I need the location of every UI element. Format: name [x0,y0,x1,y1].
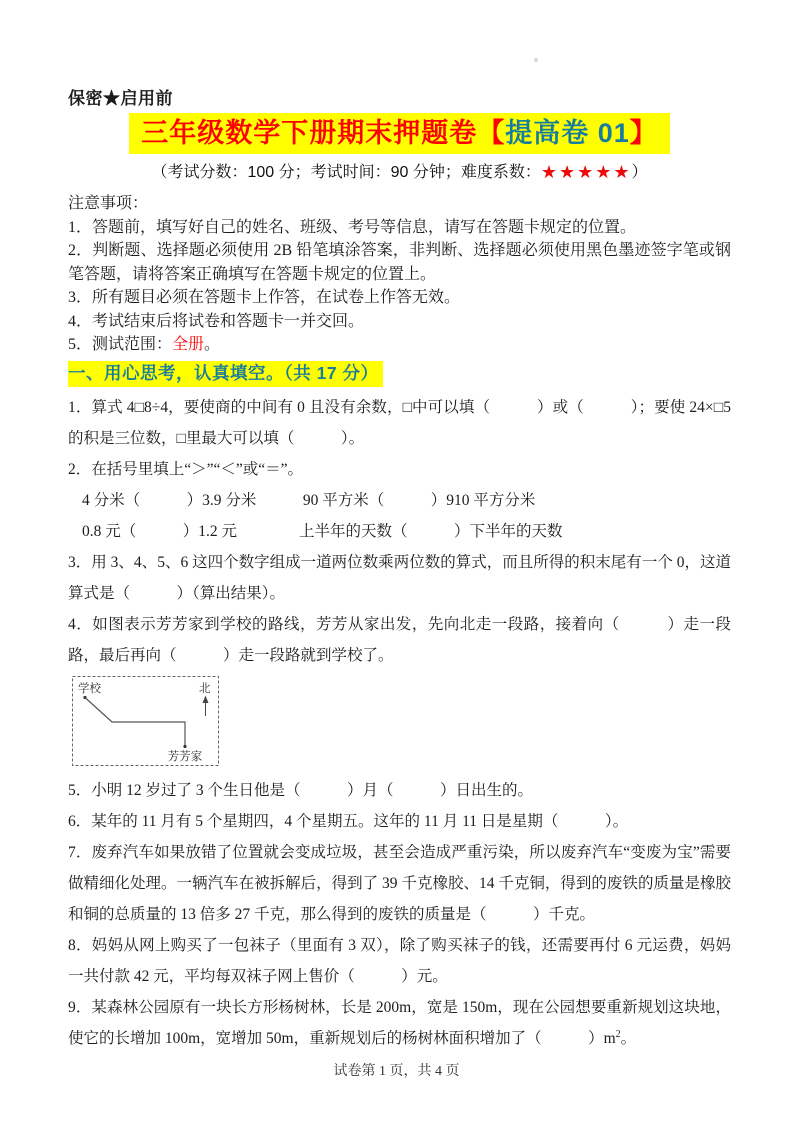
north-label: 北 [199,682,211,695]
page-footer: 试卷第 1 页，共 4 页 [0,1062,793,1082]
notice-item-2: 2．判断题、选择题必须使用 2B 铅笔填涂答案，非判断、选择题必须使用黑色墨迹签… [68,239,731,286]
scan-artifact-speck [534,58,538,62]
question-3: 3．用 3、4、5、6 这四个数字组成一道两位数乘两位数的算式，而且所得的积末尾… [68,547,731,609]
school-label: 学校 [78,681,101,695]
question-1: 1．算式 4□8÷4，要使商的中间有 0 且没有余数，□中可以填（ ）或（ ）；… [68,392,731,454]
question-4: 4．如图表示芳芳家到学校的路线，芳芳从家出发，先向北走一段路，接着向（ ）走一段… [68,609,731,671]
question-2: 2．在括号里填上“＞”“＜”或“＝”。 4 分米（ ）3.9 分米 90 平方米… [68,454,731,547]
route-path [85,697,185,746]
notice-item-5-suffix: 。 [204,336,220,353]
north-arrow-icon [203,695,209,716]
home-dot [183,744,186,747]
notice-heading: 注意事项： [68,192,731,216]
question-2-line-2: 0.8 元（ ）1.2 元 上半年的天数（ ）下半年的天数 [68,516,731,547]
title-row: 三年级数学下册期末押题卷【提高卷 01】 [68,113,731,154]
home-label: 芳芳家 [168,749,203,763]
notice-item-1: 1．答题前，填写好自己的姓名、班级、考号等信息，请写在答题卡规定的位置。 [68,216,731,240]
notice-item-3: 3．所有题目必须在答题卡上作答，在试卷上作答无效。 [68,286,731,310]
exam-paper-page: 保密★启用前 三年级数学下册期末押题卷【提高卷 01】 （考试分数：100 分；… [0,0,793,1122]
security-label: 保密★启用前 [68,88,731,110]
title-main-text: 三年级数学下册期末押题卷 [141,118,477,148]
difficulty-stars: ★★★★★ [541,162,632,182]
section-1-heading-row: 一、用心思考，认真填空。（共 17 分） [68,361,731,387]
title-bracket-close: 】 [630,118,658,148]
question-8: 8．妈妈从网上购买了一包袜子（里面有 3 双），除了购买袜子的钱，还需要再付 6… [68,930,731,992]
page-title: 三年级数学下册期末押题卷【提高卷 01】 [129,113,670,154]
question-5: 5．小明 12 岁过了 3 个生日他是（ ）月（ ）日出生的。 [68,775,731,806]
question-9: 9．某森林公园原有一块长方形杨树林，长是 200m，宽是 150m，现在公园想要… [68,992,731,1054]
title-bracket-open: 【 [477,118,505,148]
exam-info-line: （考试分数：100 分；考试时间：90 分钟；难度系数：★★★★★） [68,160,731,185]
fill-in-blank-questions: 1．算式 4□8÷4，要使商的中间有 0 且没有余数，□中可以填（ ）或（ ）；… [68,392,731,1054]
notice-section: 注意事项： 1．答题前，填写好自己的姓名、班级、考号等信息，请写在答题卡规定的位… [68,192,731,357]
section-1-heading: 一、用心思考，认真填空。（共 17 分） [68,361,383,387]
notice-item-4: 4．考试结束后将试卷和答题卡一并交回。 [68,310,731,334]
question-2-line-1: 4 分米（ ）3.9 分米 90 平方米（ ）910 平方分米 [68,485,731,516]
notice-item-5: 5．测试范围：全册。 [68,333,731,357]
question-2-intro: 2．在括号里填上“＞”“＜”或“＝”。 [68,454,731,485]
page-content: 保密★启用前 三年级数学下册期末押题卷【提高卷 01】 （考试分数：100 分；… [0,0,793,1054]
question-9-end: 。 [621,1030,637,1047]
question-6: 6．某年的 11 月有 5 个星期四，4 个星期五。这年的 11 月 11 日是… [68,806,731,837]
route-map-svg: 学校 芳芳家 北 [72,676,222,768]
title-subtitle-text: 提高卷 01 [505,118,630,148]
test-scope-value: 全册 [172,336,204,353]
north-arrow-head [203,695,209,703]
question-7: 7．废弃汽车如果放错了位置就会变成垃圾，甚至会造成严重污染，所以废弃汽车“变废为… [68,837,731,930]
exam-info-close-paren: ） [632,164,648,181]
route-diagram: 学校 芳芳家 北 [72,676,731,768]
exam-info-text: （考试分数：100 分；考试时间：90 分钟；难度系数： [151,164,540,181]
notice-item-5-prefix: 5．测试范围： [68,336,172,353]
